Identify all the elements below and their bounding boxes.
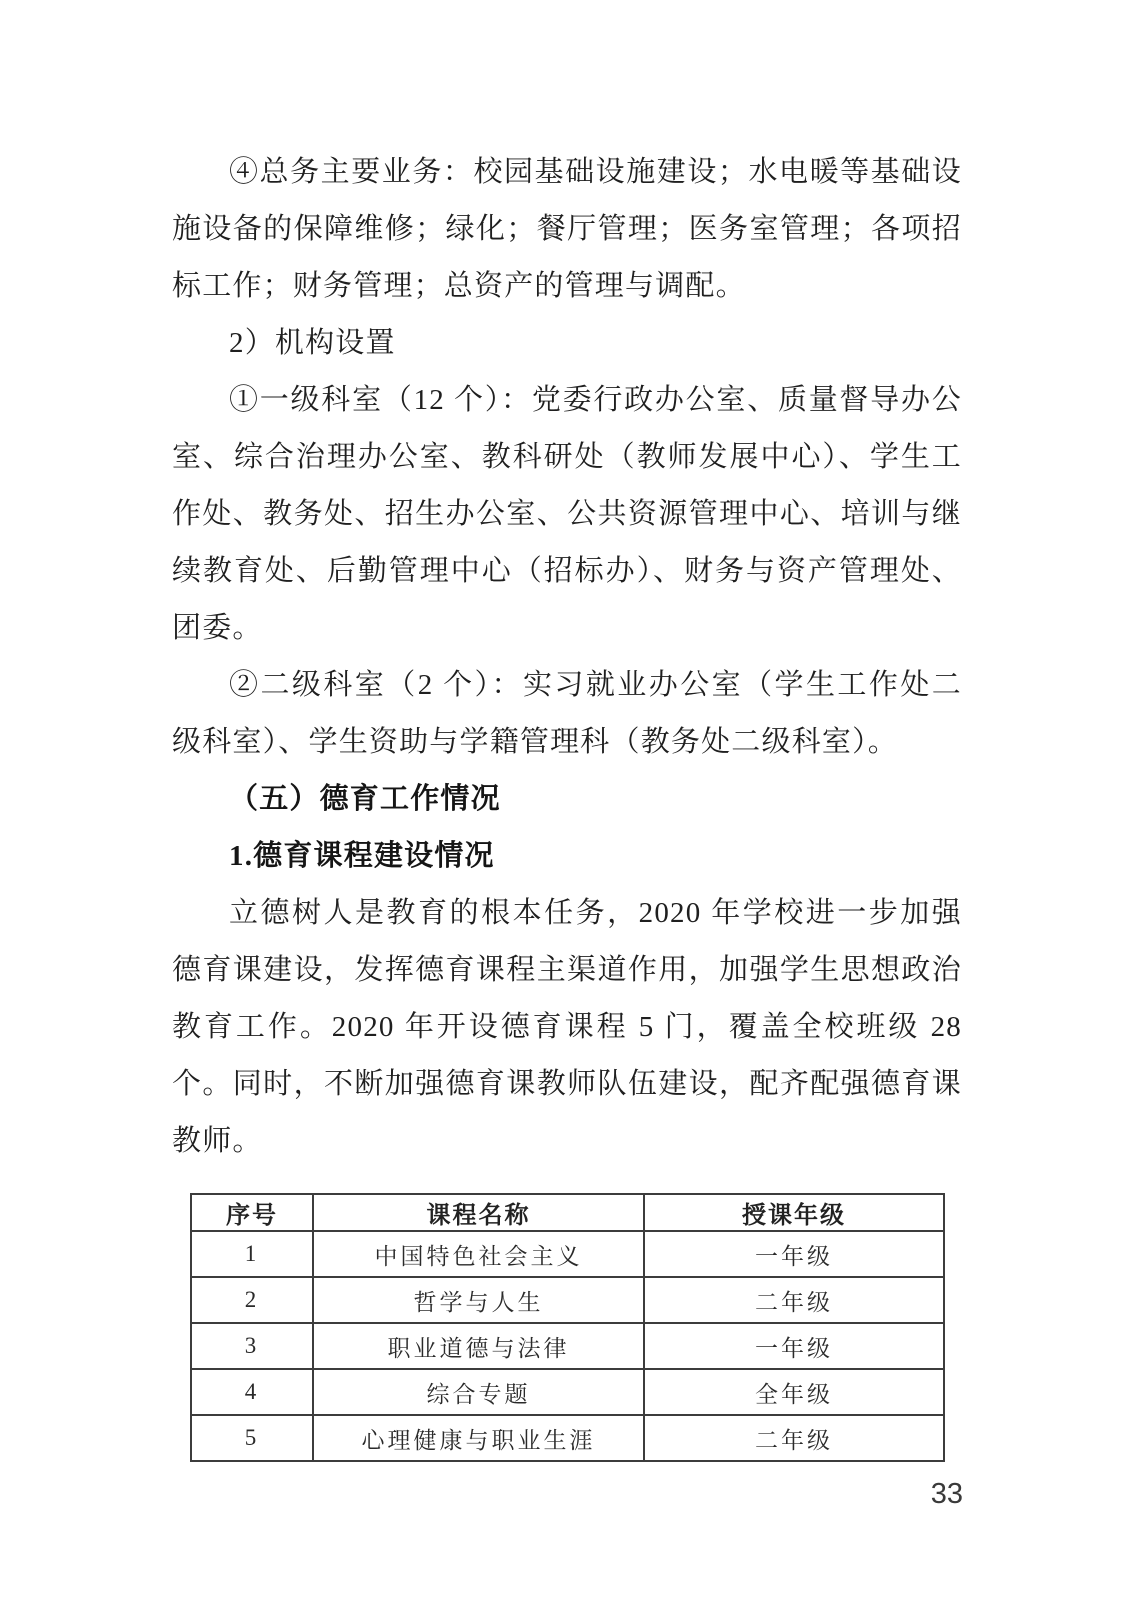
paragraph-general-affairs: ④总务主要业务：校园基础设施建设；水电暖等基础设施设备的保障维修；绿化；餐厅管理…: [172, 144, 962, 315]
cell-course-name: 职业道德与法律: [313, 1323, 644, 1369]
cell-course-name: 中国特色社会主义: [313, 1231, 644, 1277]
cell-index: 3: [191, 1323, 313, 1369]
cell-course-name: 综合专题: [313, 1369, 644, 1415]
paragraph-org-setup-title: 2）机构设置: [172, 315, 962, 372]
cell-index: 2: [191, 1277, 313, 1323]
moral-courses-table: 序号 课程名称 授课年级 1 中国特色社会主义 一年级 2 哲学与人生 二年级 …: [190, 1193, 945, 1462]
table-header-grade: 授课年级: [644, 1194, 944, 1231]
table-row: 2 哲学与人生 二年级: [191, 1277, 944, 1323]
page-content: ④总务主要业务：校园基础设施建设；水电暖等基础设施设备的保障维修；绿化；餐厅管理…: [172, 144, 962, 1462]
cell-index: 1: [191, 1231, 313, 1277]
paragraph-level1-offices: ①一级科室（12 个）：党委行政办公室、质量督导办公室、综合治理办公室、教科研处…: [172, 372, 962, 657]
table-header-index: 序号: [191, 1194, 313, 1231]
cell-grade: 一年级: [644, 1231, 944, 1277]
page-number: 33: [931, 1478, 963, 1511]
table-row: 1 中国特色社会主义 一年级: [191, 1231, 944, 1277]
table-row: 3 职业道德与法律 一年级: [191, 1323, 944, 1369]
table-header-row: 序号 课程名称 授课年级: [191, 1194, 944, 1231]
table-row: 序号 课程名称 授课年级: [191, 1194, 944, 1231]
cell-grade: 一年级: [644, 1323, 944, 1369]
table-header-course-name: 课程名称: [313, 1194, 644, 1231]
subsection-heading-curriculum: 1.德育课程建设情况: [172, 828, 962, 885]
cell-grade: 二年级: [644, 1415, 944, 1461]
cell-index: 5: [191, 1415, 313, 1461]
cell-course-name: 心理健康与职业生涯: [313, 1415, 644, 1461]
table-row: 5 心理健康与职业生涯 二年级: [191, 1415, 944, 1461]
paragraph-level2-offices: ②二级科室（2 个）：实习就业办公室（学生工作处二级科室）、学生资助与学籍管理科…: [172, 657, 962, 771]
cell-course-name: 哲学与人生: [313, 1277, 644, 1323]
cell-index: 4: [191, 1369, 313, 1415]
cell-grade: 全年级: [644, 1369, 944, 1415]
table-row: 4 综合专题 全年级: [191, 1369, 944, 1415]
document-page: ④总务主要业务：校园基础设施建设；水电暖等基础设施设备的保障维修；绿化；餐厅管理…: [0, 0, 1131, 1600]
cell-grade: 二年级: [644, 1277, 944, 1323]
paragraph-moral-education-detail: 立德树人是教育的根本任务，2020 年学校进一步加强德育课建设，发挥德育课程主渠…: [172, 885, 962, 1170]
section-heading-moral-education: （五）德育工作情况: [172, 771, 962, 828]
